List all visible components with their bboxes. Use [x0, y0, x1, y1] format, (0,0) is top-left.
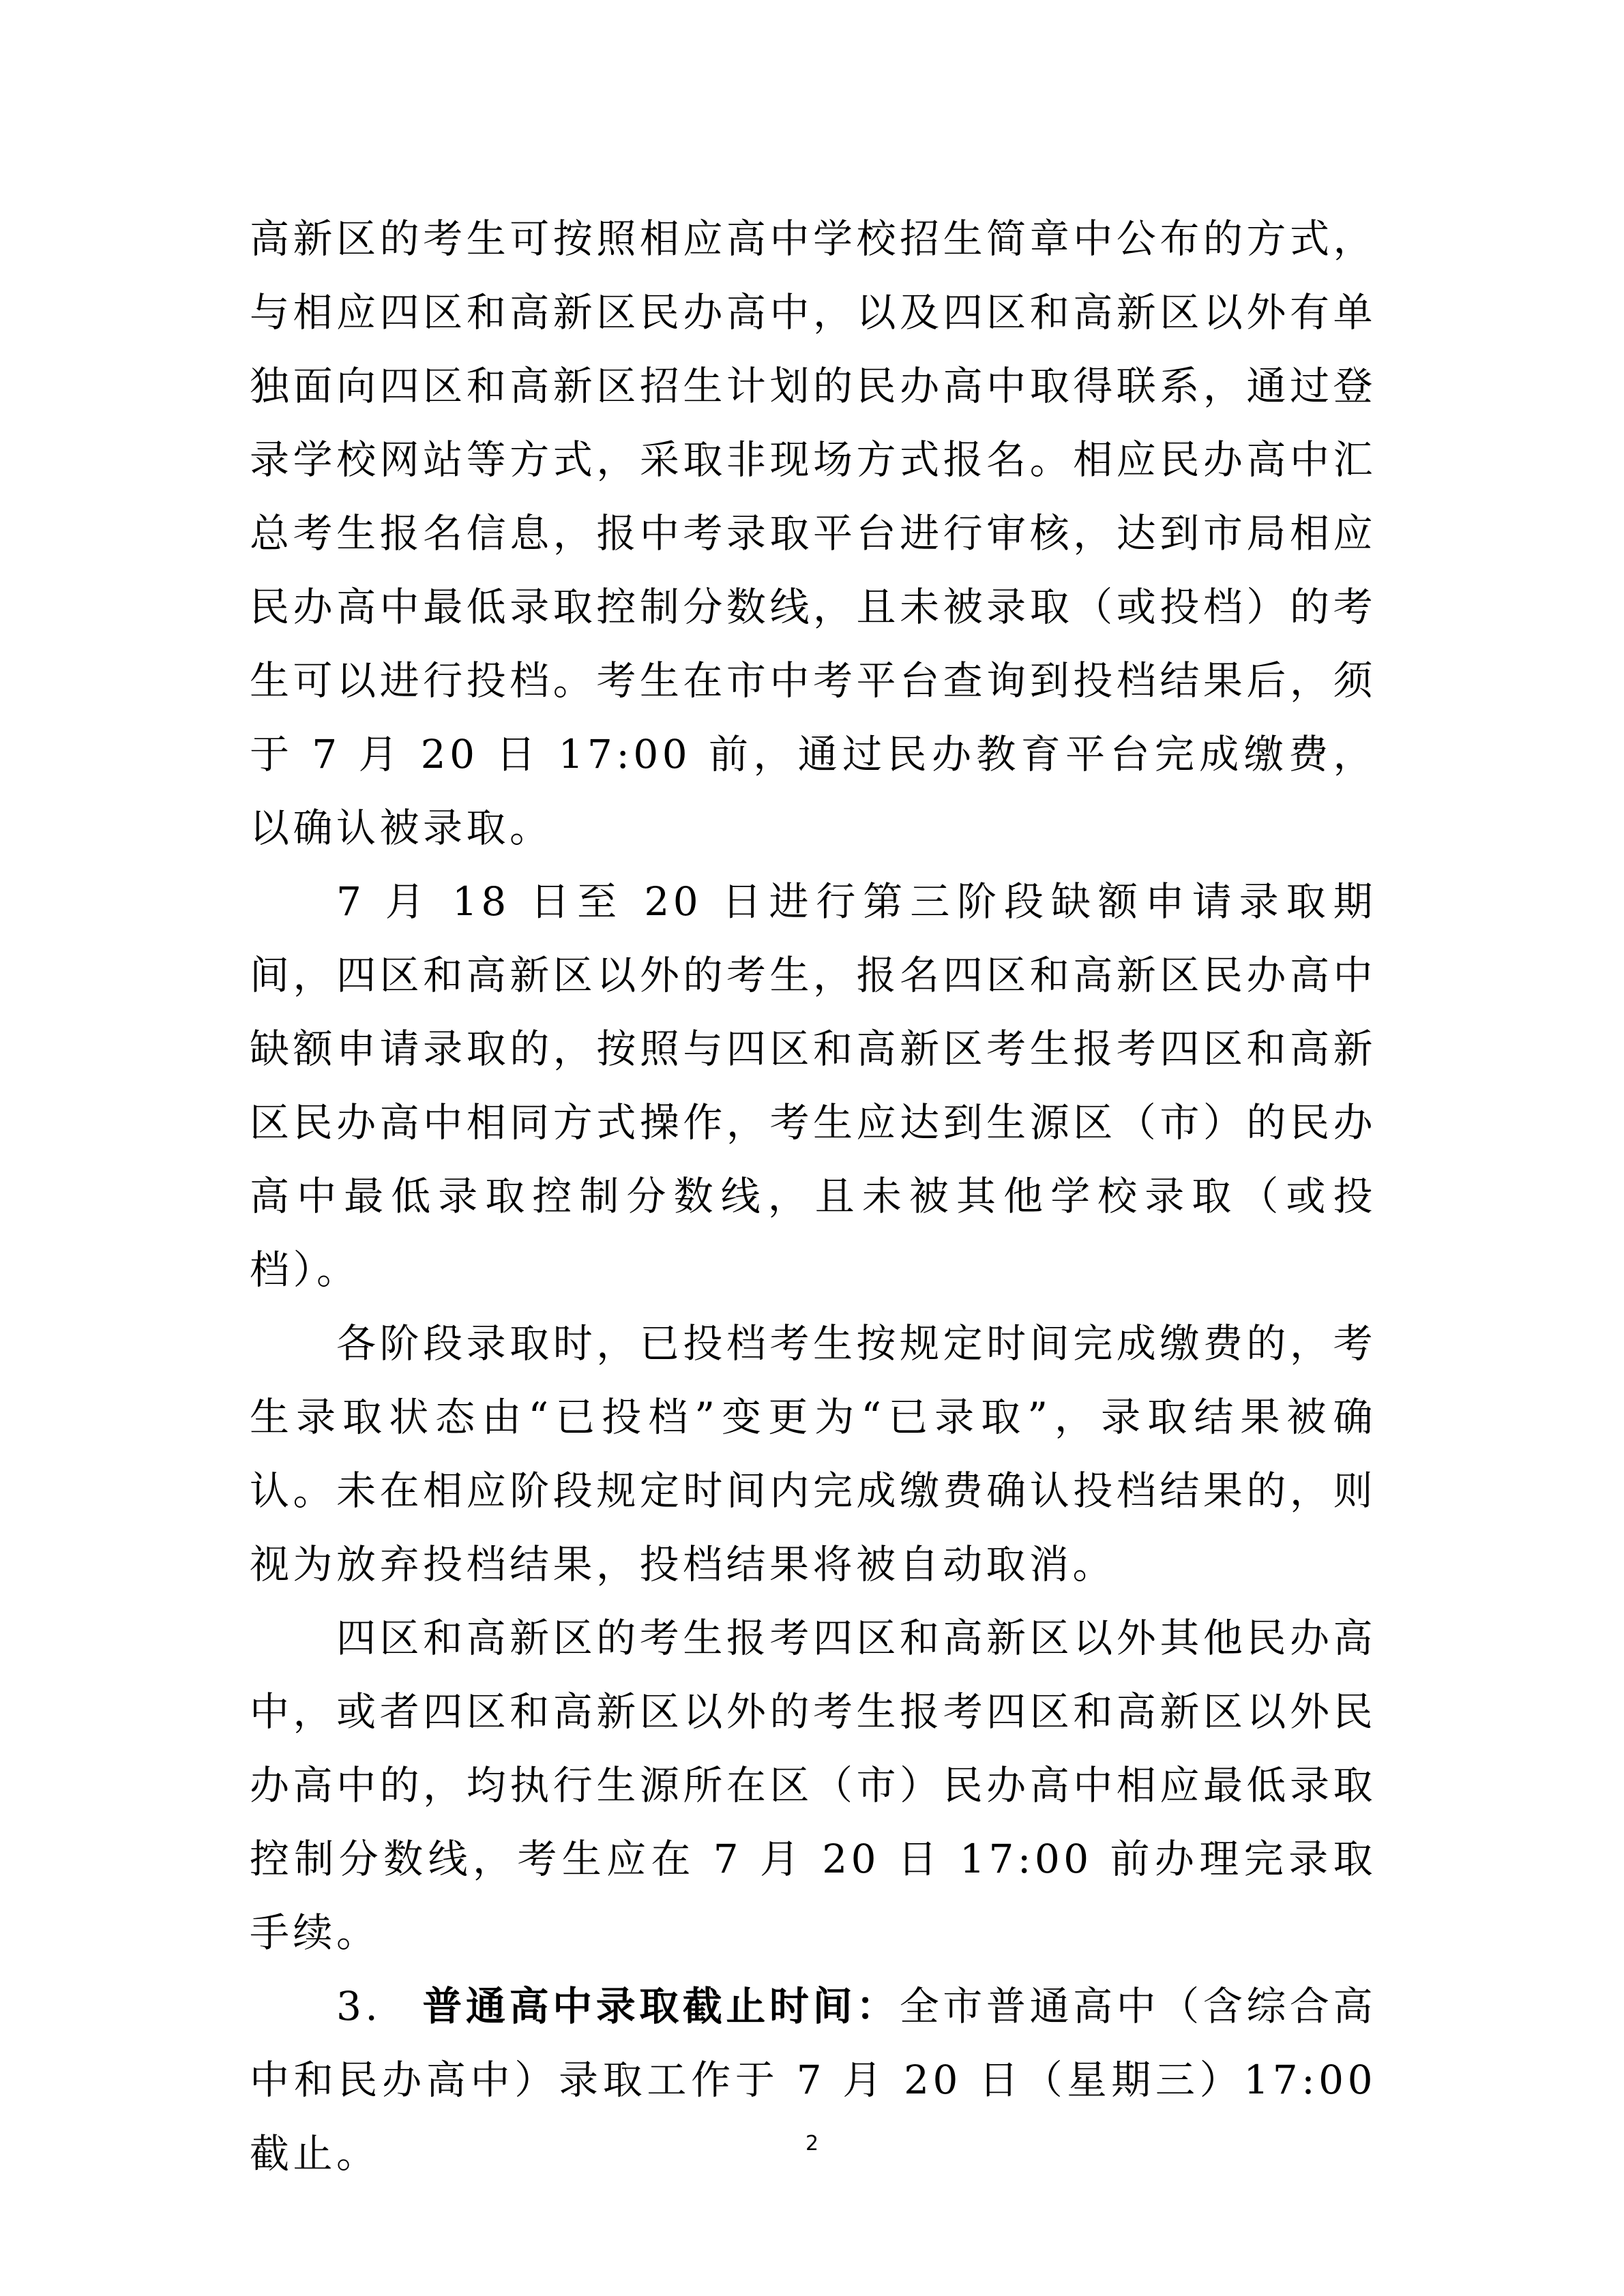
paragraph-third-stage-vacancy: 7 月 18 日至 20 日进行第三阶段缺额申请录取期间，四区和高新区以外的考生… [250, 865, 1376, 1307]
paragraph-payment-confirmation: 各阶段录取时，已投档考生按规定时间完成缴费的，考生录取状态由“已投档”变更为“已… [250, 1307, 1376, 1601]
page-number: 2 [0, 2130, 1624, 2158]
paragraph-cross-district: 四区和高新区的考生报考四区和高新区以外其他民办高中，或者四区和高新区以外的考生报… [250, 1601, 1376, 1969]
document-page: 高新区的考生可按照相应高中学校招生简章中公布的方式，与相应四区和高新区民办高中，… [0, 0, 1624, 2296]
section-3-number: 3. [336, 1983, 381, 2029]
document-body: 高新区的考生可按照相应高中学校招生简章中公布的方式，与相应四区和高新区民办高中，… [250, 202, 1376, 2190]
paragraph-registration-procedure: 高新区的考生可按照相应高中学校招生简章中公布的方式，与相应四区和高新区民办高中，… [250, 202, 1376, 865]
section-3-heading: 普通高中录取截止时间： [422, 1983, 899, 2029]
